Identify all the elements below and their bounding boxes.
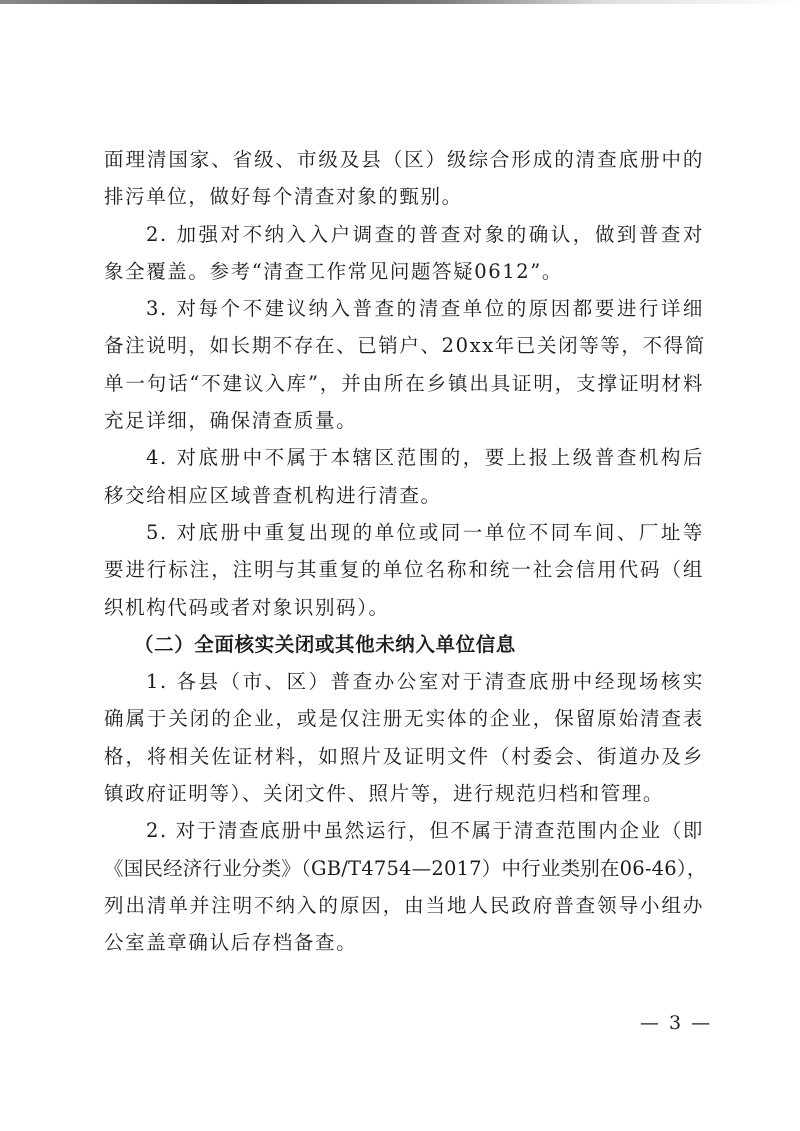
paragraph-item-4: 4. 对底册中不属于本辖区范围的，要上报上级普查机构后 移交给相应区域普查机构进… [104,439,704,514]
paragraph-item-3: 3. 对每个不建议纳入普查的清查单位的原因都要进行详细 备注说明，如长期不存在、… [104,290,704,439]
paragraph-item-2: 2. 加强对不纳入入户调查的普查对象的确认，做到普查对 象全覆盖。参考“清查工作… [104,216,704,291]
text-line: 5. 对底册中重复出现的单位或同一单位不同车间、厂址等 [104,514,704,551]
text-line: 要进行标注，注明与其重复的单位名称和统一社会信用代码（组 [104,551,704,588]
text-line: 2. 加强对不纳入入户调查的普查对象的确认，做到普查对 [104,216,704,253]
scan-edge [0,0,800,4]
text-line: 1. 各县（市、区）普查办公室对于清查底册中经现场核实 [104,663,704,700]
text-line: 确属于关闭的企业，或是仅注册无实体的企业，保留原始清查表 [104,700,704,737]
text-line: 移交给相应区域普查机构进行清查。 [104,477,704,514]
text-line: 织机构代码或者对象识别码）。 [104,589,704,626]
text-line: 列出清单并注明不纳入的原因，由当地人民政府普查领导小组办 [104,887,704,924]
text-line: 备注说明，如长期不存在、已销户、20xx年已关闭等等，不得简 [104,327,704,364]
paragraph-sec2-item-1: 1. 各县（市、区）普查办公室对于清查底册中经现场核实 确属于关闭的企业，或是仅… [104,663,704,812]
text-line: 3. 对每个不建议纳入普查的清查单位的原因都要进行详细 [104,290,704,327]
text-line: 充足详细，确保清查质量。 [104,402,704,439]
text-line: 面理清国家、省级、市级及县（区）级综合形成的清查底册中的 [104,141,704,178]
text-line: 象全覆盖。参考“清查工作常见问题答疑0612”。 [104,253,704,290]
paragraph-continuation: 面理清国家、省级、市级及县（区）级综合形成的清查底册中的 排污单位，做好每个清查… [104,141,704,216]
text-line: 4. 对底册中不属于本辖区范围的，要上报上级普查机构后 [104,439,704,476]
page-number: — 3 — [640,1012,712,1034]
text-line: 单一句话“不建议入库”，并由所在乡镇出具证明，支撑证明材料 [104,365,704,402]
section-heading: （二）全面核实关闭或其他未纳入单位信息 [104,626,704,663]
text-line: 排污单位，做好每个清查对象的甄别。 [104,178,704,215]
document-page: 面理清国家、省级、市级及县（区）级综合形成的清查底册中的 排污单位，做好每个清查… [104,141,704,962]
text-line: 公室盖章确认后存档备查。 [104,924,704,961]
text-line: 镇政府证明等）、关闭文件、照片等，进行规范归档和管理。 [104,775,704,812]
paragraph-item-5: 5. 对底册中重复出现的单位或同一单位不同车间、厂址等 要进行标注，注明与其重复… [104,514,704,626]
text-line: 《国民经济行业分类》（GB/T4754—2017）中行业类别在06-46）， [104,850,704,887]
text-line: 2. 对于清查底册中虽然运行，但不属于清查范围内企业（即 [104,812,704,849]
text-line: 格，将相关佐证材料，如照片及证明文件（村委会、街道办及乡 [104,738,704,775]
paragraph-sec2-item-2: 2. 对于清查底册中虽然运行，但不属于清查范围内企业（即 《国民经济行业分类》（… [104,812,704,961]
